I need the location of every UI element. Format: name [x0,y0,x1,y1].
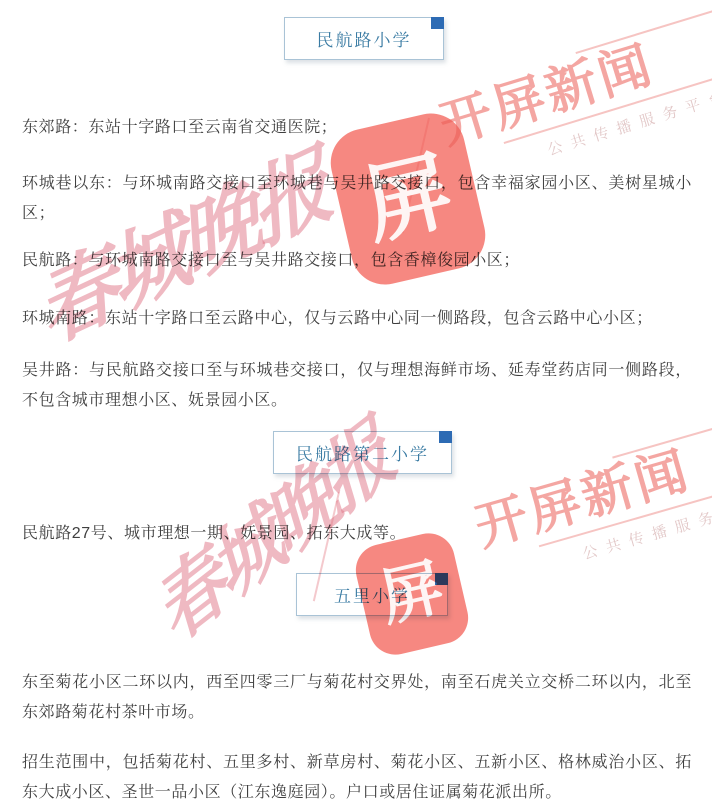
paragraph: 民航路：与环城南路交接口至与吴井路交接口，包含香樟俊园小区； [22,246,692,276]
section-title-box-minhang-second-primary: 民航路第二小学 [273,431,452,474]
section-title: 五里小学 [334,582,410,607]
corner-square-decoration [435,573,448,585]
paragraph: 东至菊花小区二环以内，西至四零三厂与菊花村交界处，南至石虎关立交桥二环以内，北至… [22,668,692,728]
section-title-box-wuli-primary: 五里小学 [296,573,448,616]
corner-square-decoration [431,17,444,29]
section-title-box-minhang-primary: 民航路小学 [284,17,444,60]
section-title: 民航路第二小学 [296,440,429,465]
paragraph: 东郊路：东站十字路口至云南省交通医院； [22,113,692,143]
paragraph: 吴井路：与民航路交接口至与环城巷交接口，仅与理想海鲜市场、延寿堂药店同一侧路段，… [22,356,692,416]
section-title: 民航路小学 [317,26,412,51]
paragraph: 民航路27号、城市理想一期、妩景园、拓东大成等。 [22,519,692,549]
paragraph: 环城南路：东站十字路口至云路中心，仅与云路中心同一侧路段，包含云路中心小区； [22,304,692,334]
article-page: 民航路小学 东郊路：东站十字路口至云南省交通医院； 环城巷以东：与环城南路交接口… [0,0,712,800]
article-content: 民航路小学 东郊路：东站十字路口至云南省交通医院； 环城巷以东：与环城南路交接口… [0,0,712,800]
paragraph: 招生范围中，包括菊花村、五里多村、新草房村、菊花小区、五新小区、格林威治小区、拓… [22,748,692,800]
corner-square-decoration [439,431,452,443]
paragraph: 环城巷以东：与环城南路交接口至环城巷与吴井路交接口，包含幸福家园小区、美树星城小… [22,169,692,229]
